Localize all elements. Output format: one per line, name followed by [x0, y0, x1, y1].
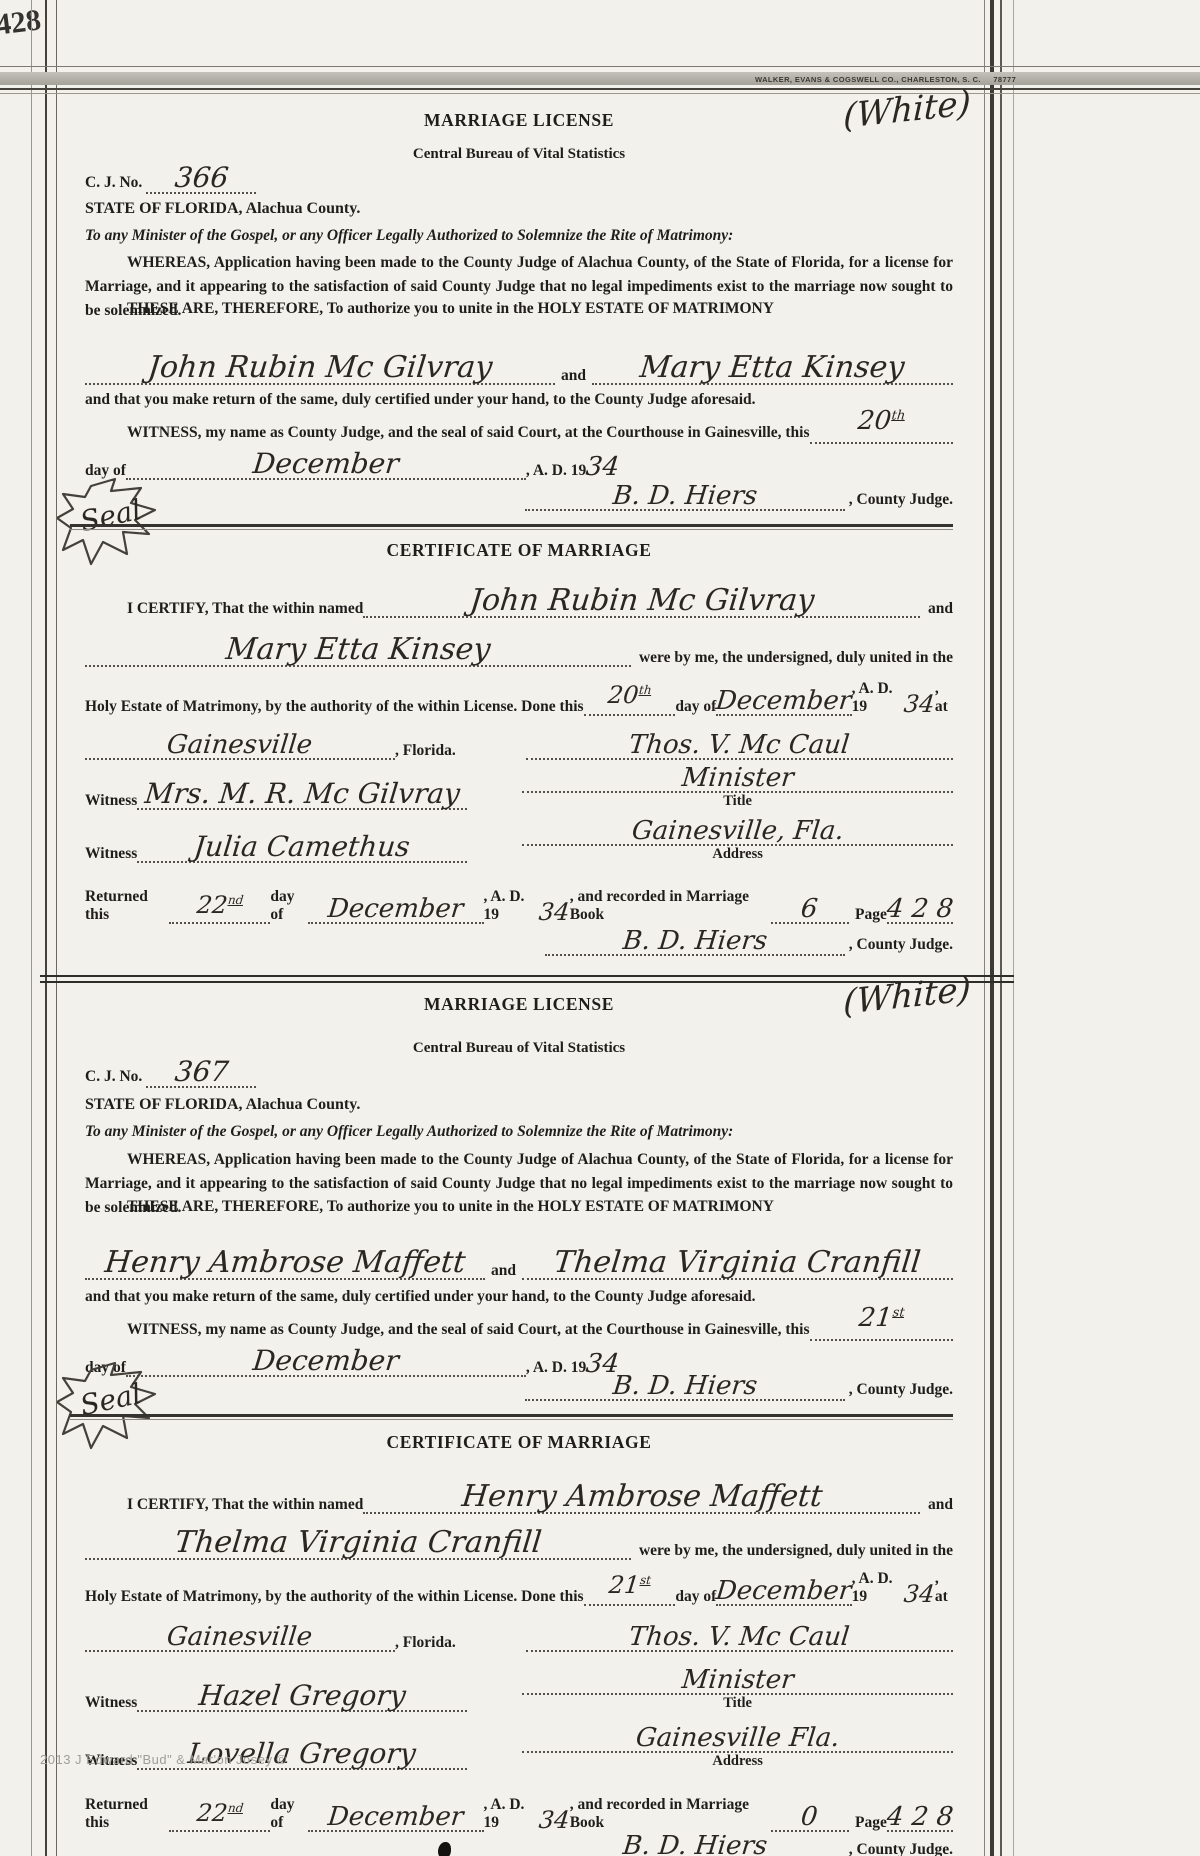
top-rule-1 [0, 66, 1200, 67]
book-page-value: 4 2 8 [885, 896, 954, 922]
book-line: 6 [771, 896, 849, 924]
state-county-line: STATE OF FLORIDA, Alachua County. [85, 200, 953, 218]
county-judge-label-2-r2: , County Judge. [849, 1841, 953, 1856]
ink-blot [438, 1842, 451, 1856]
title-label: Title [522, 793, 953, 810]
certificate-judge-signature: B. D. Hiers [621, 928, 768, 954]
state-county-line-2: STATE OF FLORIDA, Alachua County. [85, 1096, 953, 1114]
addressee-line: To any Minister of the Gospel, or any Of… [85, 227, 953, 245]
certify-groom-line: John Rubin Mc Gilvray [363, 586, 920, 618]
top-band [0, 72, 1200, 85]
groom-name-line: John Rubin Mc Gilvray [85, 353, 555, 385]
done-month: December [715, 688, 853, 714]
certify-bride-line-2: Thelma Virginia Cranfill [85, 1528, 631, 1560]
ad19-label: , A. D. 19 [526, 462, 586, 480]
and-word-2: and [920, 600, 953, 618]
returned-month-line: December [308, 896, 483, 924]
county-judge-label-r2: , County Judge. [849, 1381, 953, 1398]
right-rule-outer [1013, 0, 1014, 1856]
witness-clause: WITNESS, my name as County Judge, and th… [85, 424, 810, 442]
judge-signature-2: B. D. Hiers [611, 1373, 758, 1399]
minister-address-value: Gainesville, Fla. [630, 818, 844, 844]
returned-day-2: 22nd [195, 1801, 243, 1825]
license-title-2: MARRIAGE LICENSE [85, 994, 953, 1015]
bride-name-line-2: Thelma Virginia Cranfill [522, 1248, 953, 1280]
returned-row-2: Returned this 22nd day of December , A. … [85, 1796, 953, 1832]
day-of-label-2: day of [675, 698, 716, 716]
address-label: Address [522, 846, 953, 863]
recorded-clause: , and recorded in Marriage Book [570, 888, 771, 924]
certify-bride-2: Thelma Virginia Cranfill [173, 1528, 543, 1558]
ad19-label-2: , A. D. 19 [852, 680, 905, 716]
minister-signature-2: Thos. V. Mc Caul [628, 1624, 851, 1650]
minister-signature: Thos. V. Mc Caul [628, 732, 851, 758]
scanned-ledger-page: 428 WALKER, EVANS & COGSWELL CO., CHARLE… [0, 0, 1200, 1856]
cj-number-row-2: C. J. No. 367 [85, 1058, 953, 1088]
certify-bride-line: Mary Etta Kinsey [85, 635, 631, 667]
witness2-name: Julia Camethus [193, 833, 412, 861]
license-judge-row: B. D. Hiers , County Judge. [85, 483, 953, 511]
license-day-2: 21st [857, 1305, 905, 1331]
certificate-judge-signature-2: B. D. Hiers [621, 1833, 768, 1856]
title-label-2: Title [522, 1695, 953, 1712]
at-word: , at [935, 680, 953, 716]
printer-mark: WALKER, EVANS & COGSWELL CO., CHARLESTON… [755, 75, 1016, 84]
couple-names-row-2: Henry Ambrose Maffett and Thelma Virgini… [85, 1228, 953, 1280]
holy-estate-clause-2: Holy Estate of Matrimony, by the authori… [85, 1588, 584, 1606]
license-month-line: December [126, 450, 526, 480]
certify-clause-2: I CERTIFY, That the within named [85, 1496, 363, 1514]
witness1-name: Mrs. M. R. Mc Gilvray [143, 780, 461, 808]
certify-bride: Mary Etta Kinsey [224, 635, 491, 665]
witness1-label: Witness [85, 792, 137, 810]
day-of-label-3: day of [270, 888, 308, 924]
address-label-2: Address [522, 1753, 953, 1770]
right-rule-main [990, 0, 994, 1856]
done-date-row: Holy Estate of Matrimony, by the authori… [85, 680, 953, 716]
right-rule-mid [1000, 0, 1002, 1856]
witness2-row: Witness Julia Camethus Gainesville, Fla.… [85, 821, 953, 863]
ad19-label-3-r2: , A. D. 19 [484, 1796, 540, 1832]
returned-month: December [327, 896, 465, 922]
day-of-label-2-r2: day of [675, 1588, 716, 1606]
minister-address-line-2: Gainesville Fla. [522, 1725, 953, 1753]
groom-name: John Rubin Mc Gilvray [146, 353, 493, 383]
and-word-2-r2: and [920, 1496, 953, 1514]
license-date-row-2: day of December , A. D. 19 34 [85, 1343, 953, 1377]
returned-day-line: 22nd [169, 897, 271, 924]
done-day-line: 20th [584, 689, 676, 716]
returned-year-2: 34 [538, 1808, 571, 1832]
groom-name-line-2: Henry Ambrose Maffett [85, 1248, 485, 1280]
license-day-line: 20th [810, 416, 953, 444]
copyright-watermark: 2013 J Edward "Bud" & Mar'on Josey © [40, 1752, 287, 1767]
minister-address-block: Gainesville, Fla. Address [522, 818, 953, 863]
witness2-line: Julia Camethus [137, 833, 467, 863]
done-month-line: December [716, 688, 851, 716]
witness-clause-row-2: WITNESS, my name as County Judge, and th… [85, 1313, 953, 1341]
license-year: 34 [585, 454, 621, 480]
minister-title-value-2: Minister [680, 1667, 794, 1693]
returned-label-2: Returned this [85, 1796, 169, 1832]
judge-signature-line-2: B. D. Hiers [525, 1373, 845, 1401]
couple-names-row: John Rubin Mc Gilvray and Mary Etta Kins… [85, 333, 953, 385]
book-value-2: 0 [800, 1804, 819, 1830]
ad19-label-2-r2: , A. D. 19 [852, 1570, 905, 1606]
county-judge-label-2: , County Judge. [849, 936, 953, 953]
book-page-value-2: 4 2 8 [885, 1804, 954, 1830]
book-value: 6 [800, 896, 819, 922]
done-year: 34 [903, 692, 936, 716]
witness1-line-2: Hazel Gregory [137, 1682, 467, 1712]
printer-mark-number: 78777 [993, 75, 1016, 84]
license-judge-row-2: B. D. Hiers , County Judge. [85, 1373, 953, 1401]
minister-signature-line: Thos. V. Mc Caul [526, 732, 953, 760]
witness1-label-2: Witness [85, 1694, 137, 1712]
minister-address-value-2: Gainesville Fla. [635, 1725, 841, 1751]
certify-groom-2: Henry Ambrose Maffett [460, 1482, 823, 1512]
witness-clause-row: WITNESS, my name as County Judge, and th… [85, 416, 953, 444]
printer-mark-text: WALKER, EVANS & COGSWELL CO., CHARLESTON… [755, 75, 981, 84]
authorization-line-2: THESE ARE, THEREFORE, To authorize you t… [85, 1198, 953, 1216]
done-day: 20th [607, 683, 653, 707]
certify-groom: John Rubin Mc Gilvray [468, 586, 815, 616]
florida-label-2: , Florida. [395, 1634, 456, 1652]
returned-label: Returned this [85, 888, 169, 924]
certificate-title: CERTIFICATE OF MARRIAGE [85, 540, 953, 561]
bride-name-line: Mary Etta Kinsey [592, 353, 953, 385]
return-clause-2: and that you make return of the same, du… [85, 1288, 953, 1306]
minister-title-block-2: Minister Title [522, 1667, 953, 1712]
place-line-2: Gainesville [85, 1624, 395, 1652]
minister-title-line-2: Minister [522, 1667, 953, 1695]
day-of-label-3-r2: day of [270, 1796, 308, 1832]
done-month-line-2: December [716, 1578, 851, 1606]
section-rule [70, 524, 953, 530]
certificate-judge-row: B. D. Hiers , County Judge. [85, 928, 953, 956]
cj-number-row: C. J. No. 366 [85, 164, 953, 194]
were-by-me-clause-2: were by me, the undersigned, duly united… [631, 1542, 953, 1560]
certify-bride-row-2: Thelma Virginia Cranfill were by me, the… [85, 1516, 953, 1560]
done-month-2: December [715, 1578, 853, 1604]
minister-signature-line-2: Thos. V. Mc Caul [526, 1624, 953, 1652]
certificate-judge-line-2: B. D. Hiers [545, 1833, 845, 1856]
cj-number-value-2: 367 [173, 1058, 229, 1086]
marriage-record-366: (White) MARRIAGE LICENSE Central Bureau … [85, 88, 953, 980]
left-rule-inner [56, 0, 57, 1856]
certify-row: I CERTIFY, That the within named John Ru… [85, 570, 953, 618]
addressee-line-2: To any Minister of the Gospel, or any Of… [85, 1123, 953, 1141]
certify-bride-row: Mary Etta Kinsey were by me, the undersi… [85, 623, 953, 667]
certificate-judge-line: B. D. Hiers [545, 928, 845, 956]
witness2-label: Witness [85, 845, 137, 863]
place-minister-row-2: Gainesville , Florida. Thos. V. Mc Caul [85, 1610, 953, 1652]
returned-year: 34 [538, 900, 571, 924]
minister-title-line: Minister [522, 765, 953, 793]
judge-signature-line: B. D. Hiers [525, 483, 845, 511]
ad19-label-3: , A. D. 19 [484, 888, 540, 924]
authorization-line: THESE ARE, THEREFORE, To authorize you t… [85, 300, 953, 318]
left-rule-outer [31, 0, 32, 1856]
certify-clause: I CERTIFY, That the within named [85, 600, 363, 618]
cj-number-label-2: C. J. No. [85, 1068, 142, 1085]
bride-name-2: Thelma Virginia Cranfill [553, 1248, 923, 1278]
certify-groom-line-2: Henry Ambrose Maffett [363, 1482, 920, 1514]
judge-signature: B. D. Hiers [611, 483, 758, 509]
marriage-record-367: (White) MARRIAGE LICENSE Central Bureau … [85, 988, 953, 1856]
bride-name: Mary Etta Kinsey [639, 353, 906, 383]
book-page-line: 4 2 8 [887, 896, 953, 924]
page-number: 428 [0, 3, 43, 42]
florida-label: , Florida. [395, 742, 456, 760]
certificate-title-2: CERTIFICATE OF MARRIAGE [85, 1432, 953, 1453]
right-rule-inner [984, 0, 985, 1856]
minister-address-block-2: Gainesville Fla. Address [522, 1725, 953, 1770]
license-month: December [252, 450, 401, 478]
returned-day-line-2: 22nd [169, 1805, 271, 1832]
done-year-2: 34 [903, 1582, 936, 1606]
groom-name-2: Henry Ambrose Maffett [103, 1248, 466, 1278]
place-minister-row: Gainesville , Florida. Thos. V. Mc Caul [85, 718, 953, 760]
certificate-judge-row-2: B. D. Hiers , County Judge. [85, 1833, 953, 1856]
witness1-name-2: Hazel Gregory [197, 1682, 407, 1710]
license-title: MARRIAGE LICENSE [85, 110, 953, 131]
license-date-row: day of December , A. D. 19 34 [85, 446, 953, 480]
book-line-2: 0 [771, 1804, 849, 1832]
return-clause: and that you make return of the same, du… [85, 391, 953, 409]
left-rule-main [45, 0, 47, 1856]
minister-title-block: Minister Title [522, 765, 953, 810]
and-word-r2: and [485, 1262, 522, 1280]
returned-day: 22nd [195, 893, 243, 917]
minister-address-line: Gainesville, Fla. [522, 818, 953, 846]
certify-row-2: I CERTIFY, That the within named Henry A… [85, 1466, 953, 1514]
license-day: 20th [857, 408, 906, 434]
returned-row: Returned this 22nd day of December , A. … [85, 888, 953, 924]
witness1-line: Mrs. M. R. Mc Gilvray [137, 780, 467, 810]
license-day-line-2: 21st [810, 1313, 953, 1341]
page-word-label: Page [849, 906, 887, 924]
at-word-2: , at [935, 1570, 953, 1606]
done-date-row-2: Holy Estate of Matrimony, by the authori… [85, 1570, 953, 1606]
section-rule-2 [70, 1414, 953, 1420]
done-day-2: 21st [607, 1573, 651, 1597]
place-value-2: Gainesville [166, 1624, 314, 1650]
cj-number-label: C. J. No. [85, 174, 142, 191]
recorded-clause-2: , and recorded in Marriage Book [570, 1796, 771, 1832]
and-word: and [555, 367, 592, 385]
place-value: Gainesville [166, 732, 314, 758]
cj-number-line-2: 367 [146, 1058, 256, 1088]
witness1-row-2: Witness Hazel Gregory Minister Title [85, 1670, 953, 1712]
witness-clause-2: WITNESS, my name as County Judge, and th… [85, 1321, 810, 1339]
license-month-2: December [252, 1347, 401, 1375]
book-page-line-2: 4 2 8 [887, 1804, 953, 1832]
cj-number-line: 366 [146, 164, 256, 194]
witness1-row: Witness Mrs. M. R. Mc Gilvray Minister T… [85, 768, 953, 810]
place-line: Gainesville [85, 732, 395, 760]
were-by-me-clause: were by me, the undersigned, duly united… [631, 649, 953, 667]
done-day-line-2: 21st [584, 1579, 676, 1606]
page-word-label-2: Page [849, 1814, 887, 1832]
cj-number-value: 366 [173, 164, 229, 192]
returned-month-2: December [327, 1804, 465, 1830]
county-judge-label: , County Judge. [849, 491, 953, 508]
minister-title-value: Minister [680, 765, 794, 791]
returned-month-line-2: December [308, 1804, 483, 1832]
holy-estate-clause: Holy Estate of Matrimony, by the authori… [85, 698, 584, 716]
